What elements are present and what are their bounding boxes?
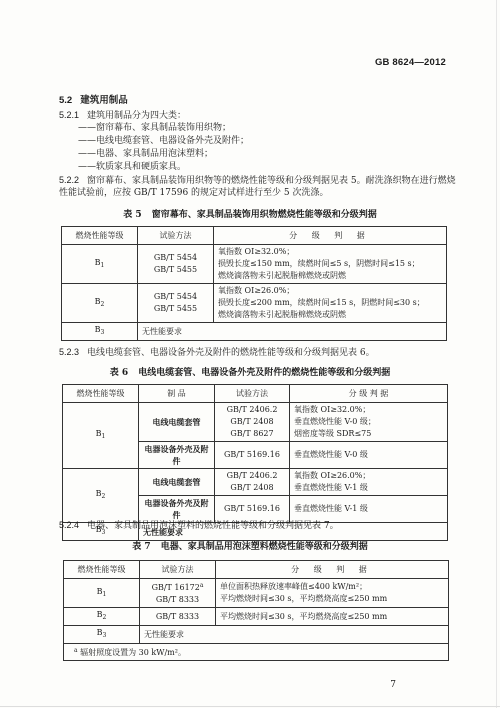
grade-subscript: 3 (103, 632, 107, 639)
criterion: 垂直燃烧性能 V-1 级 (294, 482, 443, 494)
page-edge (496, 0, 497, 708)
method-cell: GB/T 5454GB/T 5455 (138, 284, 214, 323)
document-page: GB 8624—2012 5.2建筑用制品 5.2.1建筑用制品分为四大类： —… (0, 0, 500, 708)
table6: 燃烧性能等级 制 品 试验方法 分 级 判 据 B1 电线电缆套管 GB/T 2… (62, 384, 448, 541)
clause-5-2-2: 5.2.2窗帘幕布、家具制品装饰用织物等的燃烧性能等级和分级判据见表 5。耐洗涤… (59, 174, 456, 188)
method: GB/T 2406.2 (219, 404, 285, 416)
criterion: 平均燃烧时间≤30 s，平均燃烧高度≤250 mm (220, 593, 444, 605)
clause-5-2-4: 5.2.4电器、家具制品用泡沫塑料的燃烧性能等级和分级判据见表 7。 (59, 519, 339, 533)
table-header-row: 燃烧性能等级 试验方法 分 级 判 据 (62, 227, 447, 245)
table-row: B1 电线电缆套管 GB/T 2406.2GB/T 2408GB/T 8627 … (63, 403, 448, 442)
table-header-row: 燃烧性能等级 试验方法 分 级 判 据 (64, 561, 449, 579)
criterion: 氧指数 OI≥26.0%； (218, 285, 442, 297)
criterion: 燃烧滴落物未引起脱脂棉燃烧或阴燃 (218, 309, 442, 321)
grade-subscript: 2 (102, 493, 106, 500)
criteria-cell: 氧指数 OI≥26.0%；垂直燃烧性能 V-1 级 (290, 469, 448, 496)
clause-number: 5.2.2 (59, 175, 79, 185)
no-requirement-cell: 无性能要求 (140, 626, 449, 644)
section-number: 5.2 (59, 95, 72, 106)
table7-caption: 表 7电器、家具制品用泡沫塑料燃烧性能等级和分级判据 (0, 539, 500, 552)
footnote-cell: a 辐射照度设置为 30 kW/m²。 (64, 644, 449, 661)
footnote-mark: a (74, 647, 78, 654)
clause-text: 电器、家具制品用泡沫塑料的燃烧性能等级和分级判据见表 7。 (87, 521, 339, 531)
method: GB/T 8627 (219, 428, 285, 440)
clause-text: 电线电缆套管、电器设备外壳及附件的燃烧性能等级和分级判据见表 6。 (87, 348, 375, 358)
method: GB/T 16172a (144, 580, 211, 594)
table-number: 表 5 (123, 210, 141, 220)
criterion: 氧指数 OI≥32.0%； (218, 246, 442, 258)
product-cell: 电线电缆套管 (139, 469, 215, 496)
criterion: 烟密度等级 SDR≤75 (294, 428, 443, 440)
standard-code: GB 8624—2012 (375, 57, 446, 68)
method-cell: GB/T 5454GB/T 5455 (138, 245, 214, 284)
grade-cell: B1 (62, 245, 138, 284)
clause-5-2-1: 5.2.1建筑用制品分为四大类： (59, 109, 186, 123)
criterion: 损毁长度≤150 mm，续燃时间≤5 s，阴燃时间≤15 s； (218, 258, 442, 270)
table-row: B1 GB/T 5454GB/T 5455 氧指数 OI≥32.0%；损毁长度≤… (62, 245, 447, 284)
method-cell: GB/T 2406.2GB/T 2408 (215, 469, 290, 496)
header-grade: 燃烧性能等级 (63, 385, 139, 403)
grade-subscript: 1 (101, 262, 105, 269)
table-row: B1 GB/T 16172aGB/T 8333 单位面积热释放速率峰值≤400 … (64, 579, 449, 608)
grade-cell: B3 (62, 323, 138, 341)
criteria-cell: 氧指数 OI≥26.0%；损毁长度≤200 mm，续燃时间≤15 s，阴燃时间≤… (214, 284, 447, 323)
method: GB/T 5454 (142, 291, 209, 303)
list-item: ——电线电缆套管、电器设备外壳及附件； (78, 135, 249, 148)
header-method: 试验方法 (215, 385, 290, 403)
header-grade: 燃烧性能等级 (62, 227, 138, 245)
method: GB/T 5455 (142, 264, 209, 276)
table-row: B2 GB/T 8333 平均燃烧时间≤30 s，平均燃烧高度≤250 mm (64, 608, 449, 626)
section-title: 建筑用制品 (80, 95, 128, 106)
page-number: 7 (390, 680, 396, 690)
grade-cell: B1 (64, 579, 140, 608)
method-cell: GB/T 8333 (140, 608, 216, 626)
header-criteria: 分 级 判 据 (216, 561, 449, 579)
clause-text-continued: 性能试验前，应按 GB/T 17596 的规定对试样进行至少 5 次洗涤。 (59, 187, 329, 200)
method-cell: GB/T 16172aGB/T 8333 (140, 579, 216, 608)
clause-number: 5.2.1 (59, 110, 79, 120)
grade-cell: B3 (64, 626, 140, 644)
list-item: ——窗帘幕布、家具制品装饰用织物； (78, 122, 231, 135)
table-footnote-row: a 辐射照度设置为 30 kW/m²。 (64, 644, 449, 661)
criterion: 损毁长度≤200 mm，续燃时间≤15 s，阴燃时间≤30 s； (218, 297, 442, 309)
clause-number: 5.2.4 (59, 520, 79, 530)
table-row: B3 无性能要求 (64, 626, 449, 644)
grade-subscript: 1 (102, 433, 106, 440)
header-product: 制 品 (139, 385, 215, 403)
grade-subscript: 2 (101, 301, 105, 308)
criterion: 垂直燃烧性能 V-0 级； (294, 416, 443, 428)
criteria-cell: 平均燃烧时间≤30 s，平均燃烧高度≤250 mm (216, 608, 449, 626)
grade-cell: B1 (63, 403, 139, 469)
header-grade: 燃烧性能等级 (64, 561, 140, 579)
criteria-cell: 氧指数 OI≥32.0%；垂直燃烧性能 V-0 级；烟密度等级 SDR≤75 (290, 403, 448, 442)
grade-subscript: 1 (103, 591, 107, 598)
clause-text: 建筑用制品分为四大类： (87, 111, 186, 121)
criterion: 氧指数 OI≥26.0%； (294, 470, 443, 482)
grade-subscript: 3 (101, 329, 105, 336)
header-criteria: 分 级 判 据 (214, 227, 447, 245)
no-requirement-cell: 无性能要求 (138, 323, 447, 341)
list-item: ——电器、家具制品用泡沫塑料； (78, 148, 213, 161)
clause-number: 5.2.3 (59, 347, 79, 357)
table-row: B3 无性能要求 (62, 323, 447, 341)
product-cell: 电器设备外壳及附件 (139, 442, 215, 469)
table-row: B2 电线电缆套管 GB/T 2406.2GB/T 2408 氧指数 OI≥26… (63, 469, 448, 496)
table-title: 电器、家具制品用泡沫塑料燃烧性能等级和分级判据 (161, 542, 368, 552)
method: GB/T 8333 (144, 594, 211, 606)
table7: 燃烧性能等级 试验方法 分 级 判 据 B1 GB/T 16172aGB/T 8… (63, 560, 449, 661)
criteria-cell: 氧指数 OI≥32.0%；损毁长度≤150 mm，续燃时间≤5 s，阴燃时间≤1… (214, 245, 447, 284)
header-method: 试验方法 (138, 227, 214, 245)
table-title: 电线电缆套管、电器设备外壳及附件的燃烧性能等级和分级判据 (138, 368, 390, 378)
criterion: 单位面积热释放速率峰值≤400 kW/m²； (220, 581, 444, 593)
clause-5-2-3: 5.2.3电线电缆套管、电器设备外壳及附件的燃烧性能等级和分级判据见表 6。 (59, 346, 375, 360)
table-title: 窗帘幕布、家具制品装饰用织物燃烧性能等级和分级判据 (152, 210, 377, 220)
table5-caption: 表 5窗帘幕布、家具制品装饰用织物燃烧性能等级和分级判据 (0, 207, 500, 220)
criterion: 燃烧滴落物未引起脱脂棉燃烧或阴燃 (218, 270, 442, 282)
product-cell: 电线电缆套管 (139, 403, 215, 442)
clause-text: 窗帘幕布、家具制品装饰用织物等的燃烧性能等级和分级判据见表 5。耐洗涤织物在进行… (87, 176, 456, 186)
table-number: 表 7 (132, 542, 150, 552)
list-item: ——软质家具和硬质家具。 (78, 161, 186, 174)
grade-cell: B2 (62, 284, 138, 323)
criterion: 氧指数 OI≥32.0%； (294, 404, 443, 416)
criteria-cell: 垂直燃烧性能 V-0 级 (290, 442, 448, 469)
method: GB/T 2408 (219, 482, 285, 494)
method: GB/T 2408 (219, 416, 285, 428)
method-code: GB/T 16172 (152, 583, 200, 592)
table-row: B2 GB/T 5454GB/T 5455 氧指数 OI≥26.0%；损毁长度≤… (62, 284, 447, 323)
header-criteria: 分 级 判 据 (290, 385, 448, 403)
method: GB/T 2406.2 (219, 470, 285, 482)
footnote-mark: a (200, 582, 204, 589)
table-number: 表 6 (110, 368, 128, 378)
table-header-row: 燃烧性能等级 制 品 试验方法 分 级 判 据 (63, 385, 448, 403)
method: GB/T 5455 (142, 303, 209, 315)
footnote-text: 辐射照度设置为 30 kW/m²。 (80, 648, 186, 657)
criteria-cell: 单位面积热释放速率峰值≤400 kW/m²；平均燃烧时间≤30 s，平均燃烧高度… (216, 579, 449, 608)
method: GB/T 5454 (142, 252, 209, 264)
table6-caption: 表 6电线电缆套管、电器设备外壳及附件的燃烧性能等级和分级判据 (0, 365, 500, 378)
section-heading-5-2: 5.2建筑用制品 (59, 92, 128, 106)
grade-cell: B2 (63, 469, 139, 523)
grade-cell: B2 (64, 608, 140, 626)
header-method: 试验方法 (140, 561, 216, 579)
table5: 燃烧性能等级 试验方法 分 级 判 据 B1 GB/T 5454GB/T 545… (61, 226, 447, 341)
method-cell: GB/T 2406.2GB/T 2408GB/T 8627 (215, 403, 290, 442)
grade-subscript: 2 (103, 614, 107, 621)
page-bottom-edge (0, 706, 500, 707)
method-cell: GB/T 5169.16 (215, 442, 290, 469)
